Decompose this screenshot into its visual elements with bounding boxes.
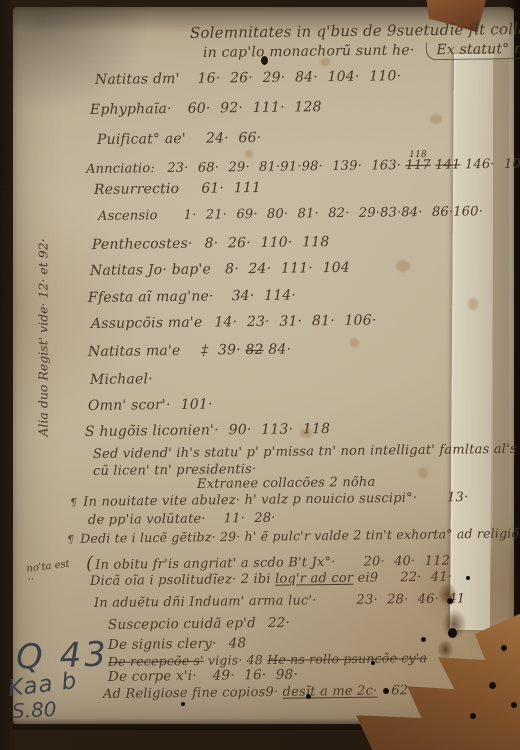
entry-numbers: 48 bbox=[229, 635, 247, 651]
feast-row: Ephyphaĩa·60· 92· 111· 128 bbox=[90, 99, 322, 118]
wormhole bbox=[470, 713, 476, 719]
stain bbox=[396, 260, 410, 272]
manuscript-photo: Solemnitates in q'bus de 9suetudĩe fit c… bbox=[0, 0, 520, 750]
feast-label: Omn' scor'· bbox=[88, 397, 171, 414]
entry-numbers: 20· 40· 112 bbox=[363, 554, 450, 570]
feast-numbers: 23· 68· 29· 81·91·98· 139· 163· bbox=[167, 158, 401, 176]
entry-label: Ad Religiose fine copios9· bbox=[103, 685, 283, 702]
entry-label: De signis clery· bbox=[108, 636, 217, 653]
feast-label: Ffesta aĩ mag'ne· bbox=[88, 288, 214, 306]
feast-row: Omn' scor'·101· bbox=[88, 396, 213, 414]
wormhole bbox=[466, 576, 470, 580]
feast-numbers: 8· 26· 110· 118 bbox=[205, 234, 330, 252]
entry-label: Suscepcio cuidã ep'd bbox=[108, 615, 256, 633]
entry-numbers: 13· bbox=[447, 490, 468, 505]
stain bbox=[350, 338, 359, 347]
underlined-phrase: desĩt a me 2c· bbox=[283, 684, 378, 700]
corrected-number: 118117 bbox=[405, 152, 431, 172]
entry-label: In aduẽtu dñi Induam' arma luc'· bbox=[94, 593, 317, 611]
entry-label: De corpe x'i· bbox=[108, 668, 197, 685]
feast-row: Natitas ma'e ‡ 39· 82 84· bbox=[88, 342, 291, 360]
title-line-2: in cap'lo monachorũ sunt he·Ex statut° n… bbox=[203, 40, 520, 61]
feast-label: Ascensio bbox=[98, 208, 158, 224]
feast-row: Penthecostes·8· 26· 110· 118 bbox=[92, 234, 330, 253]
wormhole bbox=[371, 661, 375, 665]
wormhole bbox=[511, 702, 517, 708]
stain bbox=[418, 468, 428, 478]
entry-label: de pp'ia volũtate· bbox=[88, 512, 206, 528]
wormhole bbox=[448, 628, 457, 638]
stain bbox=[430, 114, 442, 124]
struck-text: De recepcõe s' bbox=[108, 653, 204, 669]
paren-mark: ( bbox=[86, 553, 93, 574]
spine-text: eccl'em faciem ut in talem ing'a bbox=[2, 112, 13, 352]
feast-numbers: 90· 113· 118 bbox=[229, 421, 331, 438]
feast-numbers: 14· 23· 31· 81· 106· bbox=[214, 313, 376, 331]
entry-row: Suscepcio cuidã ep'd22· bbox=[108, 615, 290, 633]
feast-label: Michael· bbox=[90, 371, 153, 388]
feast-row: Natitas Jo· bap'e8· 24· 111· 104 bbox=[90, 260, 350, 279]
wormhole bbox=[383, 688, 389, 694]
struck-number: 82 bbox=[245, 342, 263, 358]
title-text: in cap'lo monachorũ sunt he· bbox=[203, 42, 415, 61]
feast-numbers: 101· bbox=[181, 396, 213, 412]
entry-numbers: 62 bbox=[391, 683, 408, 698]
entry-row: De signis clery·48 bbox=[108, 635, 246, 653]
underlined-phrase: loq'r ad cor bbox=[275, 571, 353, 587]
vertical-margin-note: Alia duo Regist' vide· 12· et 92· bbox=[36, 223, 51, 453]
feast-row: S hugõis liconien'·90· 113· 118 bbox=[85, 421, 330, 440]
feast-numbers: 146· 103· bbox=[465, 157, 520, 173]
damage-stain bbox=[430, 578, 474, 662]
feast-label: S hugõis liconien'· bbox=[85, 422, 219, 440]
pilcrow-mark: ¶ bbox=[70, 496, 77, 509]
struck-text: He ns rollo psuncõe cy'a bbox=[267, 650, 427, 667]
feast-numbers: 34· 114· bbox=[232, 287, 297, 304]
wormhole bbox=[306, 694, 311, 699]
feast-row: Ffesta aĩ mag'ne·34· 114· bbox=[88, 287, 296, 306]
section-heading: Extranee collacões 2 nõha bbox=[197, 475, 376, 492]
feast-row: Puificat° ae'24· 66· bbox=[97, 130, 261, 148]
feast-label: Resurrectio bbox=[94, 181, 179, 198]
wormhole bbox=[181, 702, 185, 706]
struck-number: 117 bbox=[405, 159, 431, 172]
feast-label: Natitas dm' bbox=[95, 71, 180, 88]
feast-numbers: 60· 92· 111· 128 bbox=[188, 99, 322, 117]
feast-label: Ephyphaĩa· bbox=[90, 101, 172, 118]
entry-numbers: 49· 16· 98· bbox=[213, 667, 298, 684]
feast-numbers: 24· 66· bbox=[206, 130, 262, 147]
feast-label: Penthecostes· bbox=[92, 236, 193, 253]
stain bbox=[468, 298, 478, 310]
wormhole bbox=[421, 637, 426, 642]
struck-number: 141 bbox=[435, 157, 461, 172]
entry-numbers: 11· 28· bbox=[224, 511, 276, 527]
feast-numbers: 84· bbox=[268, 342, 291, 358]
repair-strip bbox=[450, 54, 494, 630]
entry-label: Dicã oĩa i psolitudĩez· 2 ibi bbox=[90, 572, 275, 589]
feast-label: Assupcõis ma'e bbox=[91, 315, 203, 332]
entry-label: ei9 bbox=[353, 570, 378, 585]
entry-label: vigis· 48 bbox=[204, 652, 268, 668]
feast-numbers: 61· 111 bbox=[201, 180, 261, 197]
feast-label: Annciatio: bbox=[86, 161, 155, 177]
feast-numbers: 16· 26· 29· 84· 104· 110· bbox=[197, 68, 401, 86]
wormhole bbox=[489, 682, 496, 689]
pilcrow-mark: ¶ bbox=[67, 533, 74, 546]
feast-label: Natitas Jo· bap'e bbox=[90, 262, 211, 279]
entry-row: de pp'ia volũtate·11· 28· bbox=[88, 511, 276, 528]
feast-row: Resurrectio61· 111 bbox=[94, 180, 261, 198]
feast-row: Michael· bbox=[90, 371, 153, 388]
wormhole bbox=[447, 598, 453, 604]
entry-numbers: 22· bbox=[268, 615, 290, 631]
feast-label: Natitas ma'e bbox=[88, 343, 181, 360]
statute-reference: Ex statut° no· c°· 3 bbox=[426, 40, 520, 60]
feast-numbers: ‡ 39· bbox=[201, 342, 241, 358]
wormhole bbox=[501, 645, 507, 651]
feast-numbers: 8· 24· 111· 104 bbox=[225, 260, 350, 278]
feast-label: Puificat° ae' bbox=[97, 131, 186, 148]
entry-label: In obitu fr'is angriat' a scdo B't Jx°· bbox=[95, 555, 335, 573]
entry-row: De corpe x'i·49· 16· 98· bbox=[108, 667, 298, 685]
